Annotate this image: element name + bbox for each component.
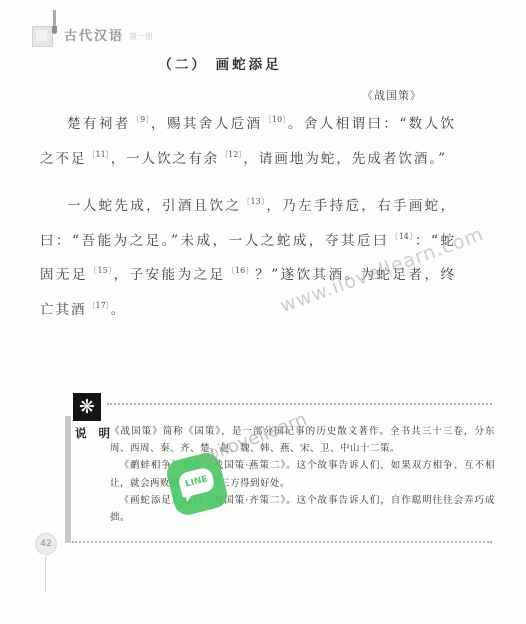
footnote-marker-13: 〔13〕: [242, 197, 265, 206]
text-run: 。: [111, 302, 127, 318]
brush-icon: [53, 10, 56, 26]
stamp-inner: [36, 30, 47, 41]
book-logo: [30, 10, 60, 50]
brush-tip-icon: [52, 26, 57, 34]
footnote-marker-10: 〔10〕: [263, 115, 286, 124]
footnote-marker-17: 〔17〕: [88, 301, 110, 310]
stamp-icon: [32, 26, 53, 47]
footnote-marker-12: 〔12〕: [220, 150, 242, 159]
explanation-paragraph-3: 《画蛇添足》选自《战国策·齐策二》。这个故事告诉人们，自作聪明往往会弄巧成拙。: [110, 492, 495, 526]
main-text: 楚有祠者〔9〕，赐其舍人卮酒〔10〕。舍人相谓曰：“数人饮之不足〔11〕，一人饮…: [40, 105, 456, 338]
book-volume: 第一册: [129, 31, 153, 42]
source-attribution: 《战国策》: [40, 87, 455, 103]
footnote-marker-11: 〔11〕: [88, 150, 110, 159]
speech-bubble-icon: LINE: [177, 466, 216, 498]
text-run: ，请画地为蛇，先成者饮酒。”: [243, 151, 447, 167]
page-number-line: [45, 556, 46, 592]
footnote-marker-14: 〔14〕: [390, 232, 414, 241]
dotted-divider-top: [107, 403, 492, 405]
ornament-icon: ❋: [73, 393, 101, 421]
left-accent-bar: [65, 416, 71, 543]
line-logo-label: LINE: [184, 474, 209, 489]
book-title: 古代汉语: [64, 25, 124, 44]
page-number: 42: [35, 533, 57, 555]
explanation-box: ❋ 说 明 《战国策》简称《国策》，是一部分国记事的历史散文著作。全书共三十三卷…: [65, 392, 495, 543]
text-run: 楚有祠者: [67, 116, 131, 132]
text-run: ，子安能为之足: [114, 267, 226, 283]
text-run: ，赐其舍人卮酒: [151, 116, 262, 132]
footnote-marker-9: 〔9〕: [132, 115, 150, 124]
dotted-divider-bottom: [72, 541, 492, 543]
text-run: 一人蛇先成，引酒且饮之: [67, 198, 241, 214]
lesson-title: （二） 画蛇添足: [0, 53, 440, 73]
footnote-marker-15: 〔15〕: [89, 266, 113, 275]
page-header: 古代汉语 第一册: [30, 8, 153, 50]
paragraph-1: 楚有祠者〔9〕，赐其舍人卮酒〔10〕。舍人相谓曰：“数人饮之不足〔11〕，一人饮…: [40, 105, 456, 174]
footnote-marker-16: 〔16〕: [227, 266, 255, 275]
text-run: ，一人饮之有余: [111, 151, 220, 167]
explanation-label: 说 明: [75, 425, 111, 441]
